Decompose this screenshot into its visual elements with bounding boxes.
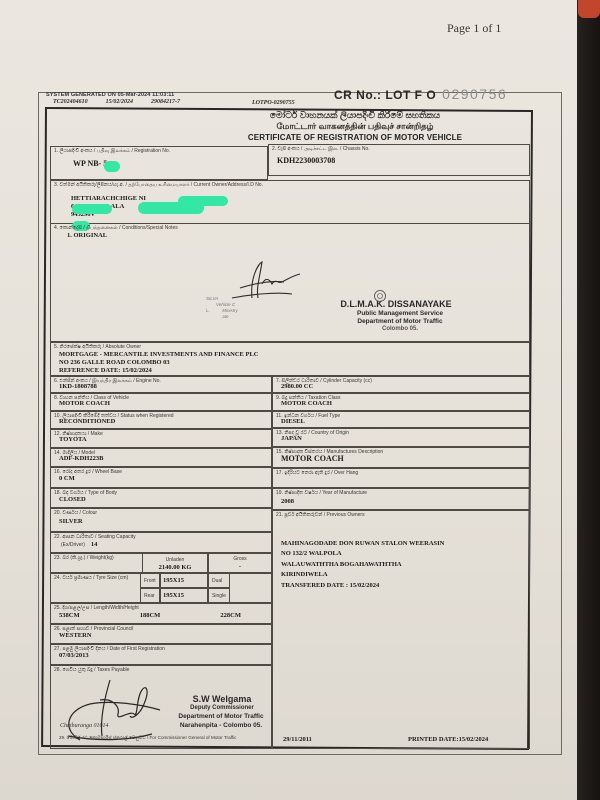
absolute-owner-line: MORTGAGE - MERCANTILE INVESTMENTS AND FI… xyxy=(51,351,529,359)
tyre-rear-label: Rear xyxy=(141,589,159,600)
field-make: 12. නිෂ්පාදකයා / Make TOYOTA xyxy=(50,429,272,448)
field-dimensions: 25. දිග/පළල/උස / Length/Width/Height 538… xyxy=(50,603,272,624)
cr-serial: 0290756 xyxy=(442,86,507,102)
stamp-impression: SILVA Vehicle CL. Ministry ate xyxy=(206,296,238,319)
deputy-dept: Department of Motor Traffic xyxy=(166,713,276,720)
field-value: TOYOTA xyxy=(51,436,271,444)
field-seating-capacity: 22. ආසන ධාරිතාව / Seating Capacity (Ex/D… xyxy=(50,532,272,553)
width-value: 188CM xyxy=(140,612,161,620)
seal-icon xyxy=(373,289,387,303)
field-29-label: 29. මෝටර් රථ කොමසාරිස් ජනරාල් වෙනුවට / F… xyxy=(56,734,239,741)
tyre-dual-cell: Dual xyxy=(208,573,230,588)
previous-owner-line: MAHINAGODADE DON RUWAN STALON WEERASIN xyxy=(273,539,529,549)
tyre-dual-label: Dual xyxy=(209,574,229,585)
field-type-of-body: 18. බඳ වර්ගය / Type of Body CLOSED xyxy=(50,488,272,508)
field-chassis-no: 2. චැසි අංකය / அடிச்சட்ட இல. / Chassis N… xyxy=(268,144,530,176)
field-first-registration: 27. පළමු ලියාපදිංචි දිනය / Date of First… xyxy=(50,644,272,665)
field-value: KDH2230003708 xyxy=(269,153,529,166)
field-label: 25. දිග/පළල/උස / Length/Width/Height xyxy=(51,604,271,612)
printed-date: PRINTED DATE:15/02/2024 xyxy=(408,736,488,744)
weight-unladen-cell: Unladen 2140.00 KG xyxy=(142,553,208,573)
field-cylinder-capacity: 7. සිලින්ඩර ධාරිතාව / Cylinder Capacity … xyxy=(272,376,530,393)
transfer-date: TRANSFERED DATE : 15/02/2024 xyxy=(273,581,529,591)
redaction-mark xyxy=(72,204,112,214)
owner-line: HETTIARACHCHIGE NI xyxy=(51,189,529,203)
gross-value: - xyxy=(209,563,271,571)
field-label: 22. ආසන ධාරිතාව / Seating Capacity xyxy=(51,533,271,541)
field-manufactures-description: 15. නිෂ්පාදක විස්තරය / Manufactures Desc… xyxy=(272,447,530,468)
reference-codes: TC202404610 15/02/2024 29084217-7 xyxy=(53,99,180,105)
cr-label: CR No.: LOT F O xyxy=(334,88,436,102)
tyre-front-label: Front xyxy=(141,574,159,585)
unladen-label: Unladen xyxy=(143,554,207,564)
redaction-mark xyxy=(178,196,228,206)
field-label: 17. ඉදිරියට නෙරා ඇති දුර / Over Hang xyxy=(273,469,529,477)
field-year-of-manufacture: 19. නිෂ්පාදිත වර්ෂය / Year of Manufactur… xyxy=(272,488,530,510)
field-value: 1. ORIGINAL xyxy=(51,232,529,240)
registrar-title: Public Management Service xyxy=(340,310,460,317)
unladen-value: 2140.00 KG xyxy=(143,564,207,572)
field-provincial-council: 26. පළාත් සභාව / Provincial Council WEST… xyxy=(50,624,272,644)
field-model: 14. මාදිලිය / Model ADF-KDH223B xyxy=(50,448,272,467)
redaction-mark xyxy=(104,161,120,172)
field-label: 1. ලියාපදිංචි අංකය / பதிவு இலக்கம் / Reg… xyxy=(51,147,267,155)
field-label: 5. නිරපේක්ෂ අයිතිකරු / Absolute Owner xyxy=(51,343,529,351)
registration-certificate: Page 1 of 1 SYSTEM GENERATED ON 05-Mar-2… xyxy=(0,0,577,800)
field-label: 19. නිෂ්පාදිත වර්ෂය / Year of Manufactur… xyxy=(273,489,529,497)
field-value: WP NB- 5 xyxy=(51,155,267,169)
tyre-front-value: 195X15 xyxy=(161,574,207,588)
cr-number: CR No.: LOT F O0290756 xyxy=(334,86,507,102)
field-value: JAPAN xyxy=(273,435,529,443)
owner-line: 6 HOMES JA ALA xyxy=(51,203,529,211)
field-value: 1KD-1808788 xyxy=(51,383,271,391)
field-value: ADF-KDH223B xyxy=(51,455,271,463)
tyre-single-label: Single xyxy=(209,589,229,600)
deputy-place: Narahenpita - Colombo 05. xyxy=(166,722,276,729)
field-value: 14 xyxy=(91,541,98,549)
lotpo-number: LOTPO-0290755 xyxy=(252,100,295,106)
previous-owner-line: KIRINDIWELA xyxy=(273,570,529,580)
field-label: 3. වත්මන් අයිතිකරු/ලිපිනය/හැ.අ. / தற்போத… xyxy=(51,181,529,189)
registrar-name: D.L.M.A.K. DISSANAYAKE xyxy=(336,299,456,309)
field-value: RECONDITIONED xyxy=(51,418,271,426)
field-value: WESTERN xyxy=(51,632,271,640)
field-label: 21. පූර්ව අයිතිකරුවන් / Previous Owners xyxy=(273,511,529,519)
field-value: 2008 xyxy=(273,498,529,506)
field-label: 4. කොන්දේසි / நிபந்தனைகள் / Conditions/S… xyxy=(51,224,529,232)
tyre-rear-value: 195X15 xyxy=(161,589,207,603)
field-fuel-type: 11. ඉන්ධන වර්ගය / Fuel Type DIESEL xyxy=(272,411,530,428)
absolute-owner-line: NO 236 GALLE ROAD COLOMBO 03 xyxy=(51,359,529,367)
field-value: MOTOR COACH xyxy=(273,454,529,464)
field-value: MOTOR COACH xyxy=(51,400,271,408)
height-value: 228CM xyxy=(220,612,241,620)
issue-date: 29/11/2011 xyxy=(283,736,312,744)
previous-owner-line: WALAUWATHTHA BOGAHAWATHTHA xyxy=(273,560,529,570)
length-value: 538CM xyxy=(59,612,80,620)
deputy-title: Deputy Commissioner xyxy=(172,705,272,711)
ref-date: 15/02/2024 xyxy=(106,99,133,105)
title-sinhala: මෝටර් වාහනයක් ලියාපදිංචි කිරීමේ සහතිකය xyxy=(210,110,500,121)
system-generated-line: SYSTEM GENERATED ON 05-Mar-2024 11:03:11 xyxy=(46,92,174,98)
deputy-name: S.W Welgama xyxy=(172,694,272,704)
field-value: MOTOR COACH xyxy=(273,400,529,408)
field-wheel-base: 16. රෝද අතර දුර / Wheel Base 0 CM xyxy=(50,467,272,488)
registrar-place: Colombo 05. xyxy=(340,326,460,332)
registrar-dept: Department of Motor Traffic xyxy=(340,318,460,325)
previous-owner-line: NO 132/2 WALPOLA xyxy=(273,549,529,559)
field-previous-owners: 21. පූර්ව අයිතිකරුවන් / Previous Owners … xyxy=(272,510,530,749)
field-label: 20. වර්ණය / Colour xyxy=(51,509,271,517)
field-sublabel: (Ex/Driver) xyxy=(61,542,85,548)
field-label: 24. ටයර් ප්‍රමාණය / Tyre Size (cm) xyxy=(51,574,139,584)
absolute-owner-line: REFERENCE DATE: 15/02/2024 xyxy=(51,367,529,375)
field-value: SILVER xyxy=(51,518,271,526)
tyre-single-cell: Single xyxy=(208,588,230,603)
field-engine-no: 6. එන්ජින් අංකය / இயந்திர இலக்கம் / Engi… xyxy=(50,376,272,393)
field-colour: 20. වර්ණය / Colour SILVER xyxy=(50,508,272,532)
tyre-rear-value-cell: 195X15 xyxy=(160,588,208,603)
field-absolute-owner: 5. නිරපේක්ෂ අයිතිකරු / Absolute Owner MO… xyxy=(50,342,530,376)
title-tamil: மோட்டார் வாகனத்தின் பதிவுச் சான்றிதழ் xyxy=(210,121,500,133)
weight-gross-cell: Gross - xyxy=(208,553,272,573)
field-value: 2980.00 CC xyxy=(273,383,529,391)
tyre-front-label-cell: Front xyxy=(140,573,160,588)
field-value: CLOSED xyxy=(51,496,271,504)
field-current-owner: 3. වත්මන් අයිතිකරු/ලිපිනය/හැ.අ. / தற்போத… xyxy=(50,180,530,224)
gross-label: Gross xyxy=(209,554,271,563)
field-value: 07/03/2013 xyxy=(51,652,271,660)
field-registration-no: 1. ලියාපදිංචි අංකය / பதிவு இலக்கம் / Reg… xyxy=(50,146,268,180)
field-taxation-class: 9. බදු පන්තිය / Taxation Class MOTOR COA… xyxy=(272,393,530,411)
page-number: Page 1 of 1 xyxy=(447,21,501,36)
handwritten-note: Chathuranga 01014 xyxy=(60,723,109,729)
ref-number: 29084217-7 xyxy=(151,99,180,105)
field-country-of-origin: 13. නිපද වූ රට / Country of Origin JAPAN xyxy=(272,428,530,447)
tyre-rear-label-cell: Rear xyxy=(140,588,160,603)
ref-code: TC202404610 xyxy=(53,99,88,105)
field-status-registered: 10. ලියාපදිංචි කිරීමේදී තත්වය / Status w… xyxy=(50,411,272,429)
field-class-of-vehicle: 8. වාහන පන්තිය / Class of Vehicle MOTOR … xyxy=(50,393,272,411)
certificate-title: මෝටර් වාහනයක් ලියාපදිංචි කිරීමේ සහතිකය ம… xyxy=(210,110,500,142)
owner-line: 945296V xyxy=(51,211,529,219)
title-english: CERTIFICATE OF REGISTRATION OF MOTOR VEH… xyxy=(210,133,500,142)
tyre-front-value-cell: 195X15 xyxy=(160,573,208,588)
field-value: 0 CM xyxy=(51,475,271,483)
field-over-hang: 17. ඉදිරියට නෙරා ඇති දුර / Over Hang xyxy=(272,468,530,488)
field-value: DIESEL xyxy=(273,418,529,426)
field-label: 2. චැසි අංකය / அடிச்சட்ட இல. / Chassis N… xyxy=(269,145,529,153)
